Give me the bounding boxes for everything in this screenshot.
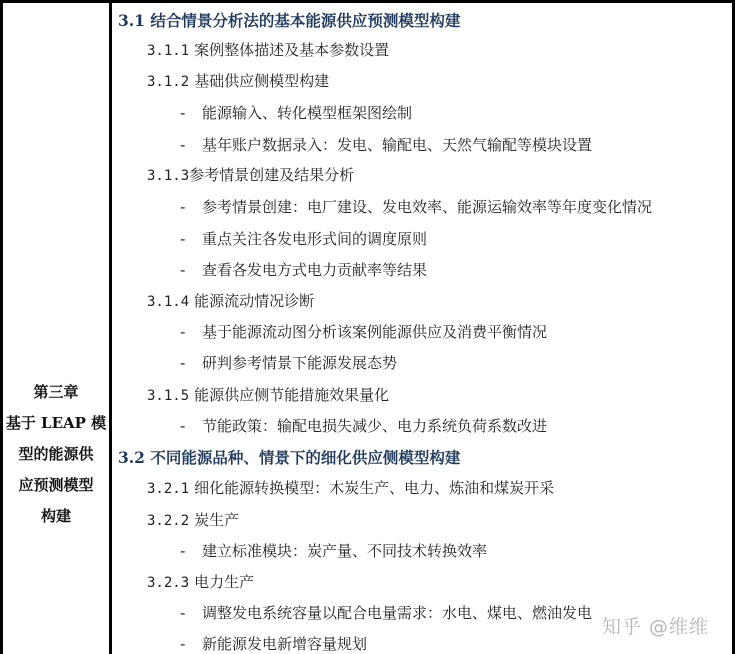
dash-bullet-icon: - [180, 411, 202, 442]
subsection-number: 3.2.3 [147, 575, 189, 591]
dash-bullet-icon: - [180, 98, 202, 129]
dash-bullet-icon: - [180, 130, 202, 161]
subsection-heading: 3.1.2基础供应侧模型构建 [147, 66, 329, 97]
subsection-title: 能源流动情况诊断 [194, 292, 314, 310]
bullet-text: 调整发电系统容量以配合电量需求：水电、煤电、燃油发电 [202, 604, 592, 622]
watermark: 知乎 @维维 [602, 612, 709, 639]
bullet-item: -能源输入、转化模型框架图绘制 [180, 98, 412, 129]
subsection-title: 细化能源转换模型：木炭生产、电力、炼油和煤炭开采 [194, 479, 554, 497]
bullet-text: 节能政策：输配电损失减少、电力系统负荷系数改进 [202, 417, 547, 435]
chapter-line: 应预测模型 [3, 470, 109, 501]
bullet-text: 新能源发电新增容量规划 [202, 635, 367, 653]
subsection-number: 3.1.1 [147, 43, 189, 59]
subsection-title: 电力生产 [194, 573, 254, 591]
bullet-text: 基年账户数据录入：发电、输配电、天然气输配等模块设置 [202, 136, 592, 154]
subsection-title: 基础供应侧模型构建 [194, 72, 329, 90]
outline-table: 第三章 基于 LEAP 模 型的能源供 应预测模型 构建 3.1 结合情景分析法… [0, 0, 735, 654]
bullet-text: 重点关注各发电形式间的调度原则 [202, 230, 427, 248]
chapter-line: 第三章 [3, 377, 109, 408]
bullet-item: -参考情景创建：电厂建设、发电效率、能源运输效率等年度变化情况 [180, 192, 652, 223]
chapter-line: 构建 [3, 501, 109, 532]
dash-bullet-icon: - [180, 536, 202, 567]
chapter-line: 型的能源供 [3, 439, 109, 470]
subsection-title: 炭生产 [194, 511, 239, 529]
subsection-title: 能源供应侧节能措施效果量化 [194, 386, 389, 404]
bullet-item: -查看各发电方式电力贡献率等结果 [180, 255, 427, 286]
bullet-item: -重点关注各发电形式间的调度原则 [180, 224, 427, 255]
subsection-heading: 3.1.5能源供应侧节能措施效果量化 [147, 380, 389, 411]
bullet-text: 能源输入、转化模型框架图绘制 [202, 104, 412, 122]
bullet-item: -基于能源流动图分析该案例能源供应及消费平衡情况 [180, 317, 547, 348]
bullet-item: -建立标准模块：炭产量、不同技术转换效率 [180, 536, 487, 567]
subsection-heading: 3.1.3参考情景创建及结果分析 [147, 160, 354, 191]
subsection-heading: 3.2.1细化能源转换模型：木炭生产、电力、炼油和煤炭开采 [147, 473, 554, 504]
chapter-cell: 第三章 基于 LEAP 模 型的能源供 应预测模型 构建 [3, 3, 112, 654]
subsection-number: 3.2.2 [147, 513, 189, 529]
subsection-number: 3.1.5 [147, 388, 189, 404]
bullet-item: -研判参考情景下能源发展态势 [180, 348, 397, 379]
subsection-number: 3.1.2 [147, 74, 189, 90]
subsection-heading: 3.2.2炭生产 [147, 505, 239, 536]
subsection-number: 3.2.1 [147, 481, 189, 497]
subsection-heading: 3.2.3电力生产 [147, 567, 254, 598]
dash-bullet-icon: - [180, 255, 202, 286]
dash-bullet-icon: - [180, 192, 202, 223]
chapter-line: 基于 LEAP 模 [3, 408, 109, 439]
section-heading: 3.1 结合情景分析法的基本能源供应预测模型构建 [118, 5, 460, 36]
dash-bullet-icon: - [180, 598, 202, 629]
bullet-text: 查看各发电方式电力贡献率等结果 [202, 261, 427, 279]
subsection-number: 3.1.3 [147, 168, 189, 184]
subsection-title: 案例整体描述及基本参数设置 [194, 41, 389, 59]
dash-bullet-icon: - [180, 224, 202, 255]
section-heading: 3.2 不同能源品种、情景下的细化供应侧模型构建 [118, 442, 460, 473]
bullet-text: 基于能源流动图分析该案例能源供应及消费平衡情况 [202, 323, 547, 341]
subsection-title: 参考情景创建及结果分析 [189, 166, 354, 184]
bullet-text: 参考情景创建：电厂建设、发电效率、能源运输效率等年度变化情况 [202, 198, 652, 216]
bullet-item: -调整发电系统容量以配合电量需求：水电、煤电、燃油发电 [180, 598, 592, 629]
chapter-title: 第三章 基于 LEAP 模 型的能源供 应预测模型 构建 [3, 377, 109, 532]
subsection-number: 3.1.4 [147, 294, 189, 310]
bullet-text: 研判参考情景下能源发展态势 [202, 354, 397, 372]
dash-bullet-icon: - [180, 348, 202, 379]
content-cell: 3.1 结合情景分析法的基本能源供应预测模型构建 3.1.1案例整体描述及基本参… [112, 3, 732, 654]
subsection-heading: 3.1.4能源流动情况诊断 [147, 286, 314, 317]
bullet-text: 建立标准模块：炭产量、不同技术转换效率 [202, 542, 487, 560]
bullet-item: -基年账户数据录入：发电、输配电、天然气输配等模块设置 [180, 130, 592, 161]
bullet-item: -节能政策：输配电损失减少、电力系统负荷系数改进 [180, 411, 547, 442]
dash-bullet-icon: - [180, 629, 202, 654]
dash-bullet-icon: - [180, 317, 202, 348]
subsection-heading: 3.1.1案例整体描述及基本参数设置 [147, 35, 389, 66]
bullet-item: -新能源发电新增容量规划 [180, 629, 367, 654]
